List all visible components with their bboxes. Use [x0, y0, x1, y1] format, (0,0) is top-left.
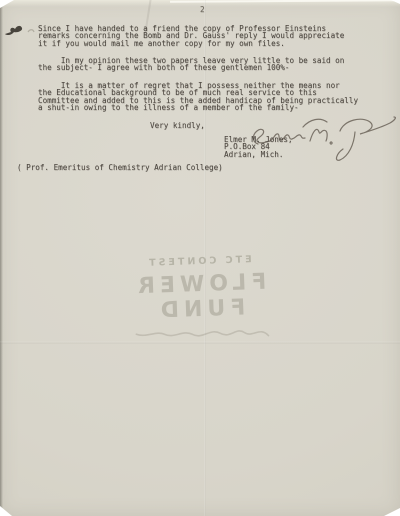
closing-salutation: Very kindly,: [150, 122, 205, 129]
torn-corner-bottom-left: [0, 506, 12, 516]
reverse-side-bleedthrough: ETC CONTEST FLOWER FUND: [87, 252, 314, 336]
torn-corner-top-left: [0, 0, 14, 8]
page-number: 2: [200, 6, 205, 13]
paper-left-edge-shadow: [0, 0, 3, 516]
bleedthrough-large-text: FLOWER FUND: [87, 268, 313, 326]
paragraph-1: Since I have handed to a friend the copy…: [38, 25, 344, 47]
torn-corner-top-right: [391, 0, 400, 4]
typed-signature-block: Elmer M. Jones, P.O.Box 84 Adrian, Mich.: [224, 136, 293, 158]
torn-corner-bottom-right: [384, 508, 400, 516]
credential-line: ( Prof. Emeritus of Chemistry Adrian Col…: [17, 164, 223, 171]
scanned-letter-page-2: 2 Since I have handed to a friend the co…: [0, 0, 400, 516]
pen-checkmark-scribble: [4, 23, 38, 39]
paragraph-2: In my opinion these two papers leave ver…: [38, 57, 344, 72]
paragraph-3: It is a matter of regret that I possess …: [38, 82, 358, 111]
